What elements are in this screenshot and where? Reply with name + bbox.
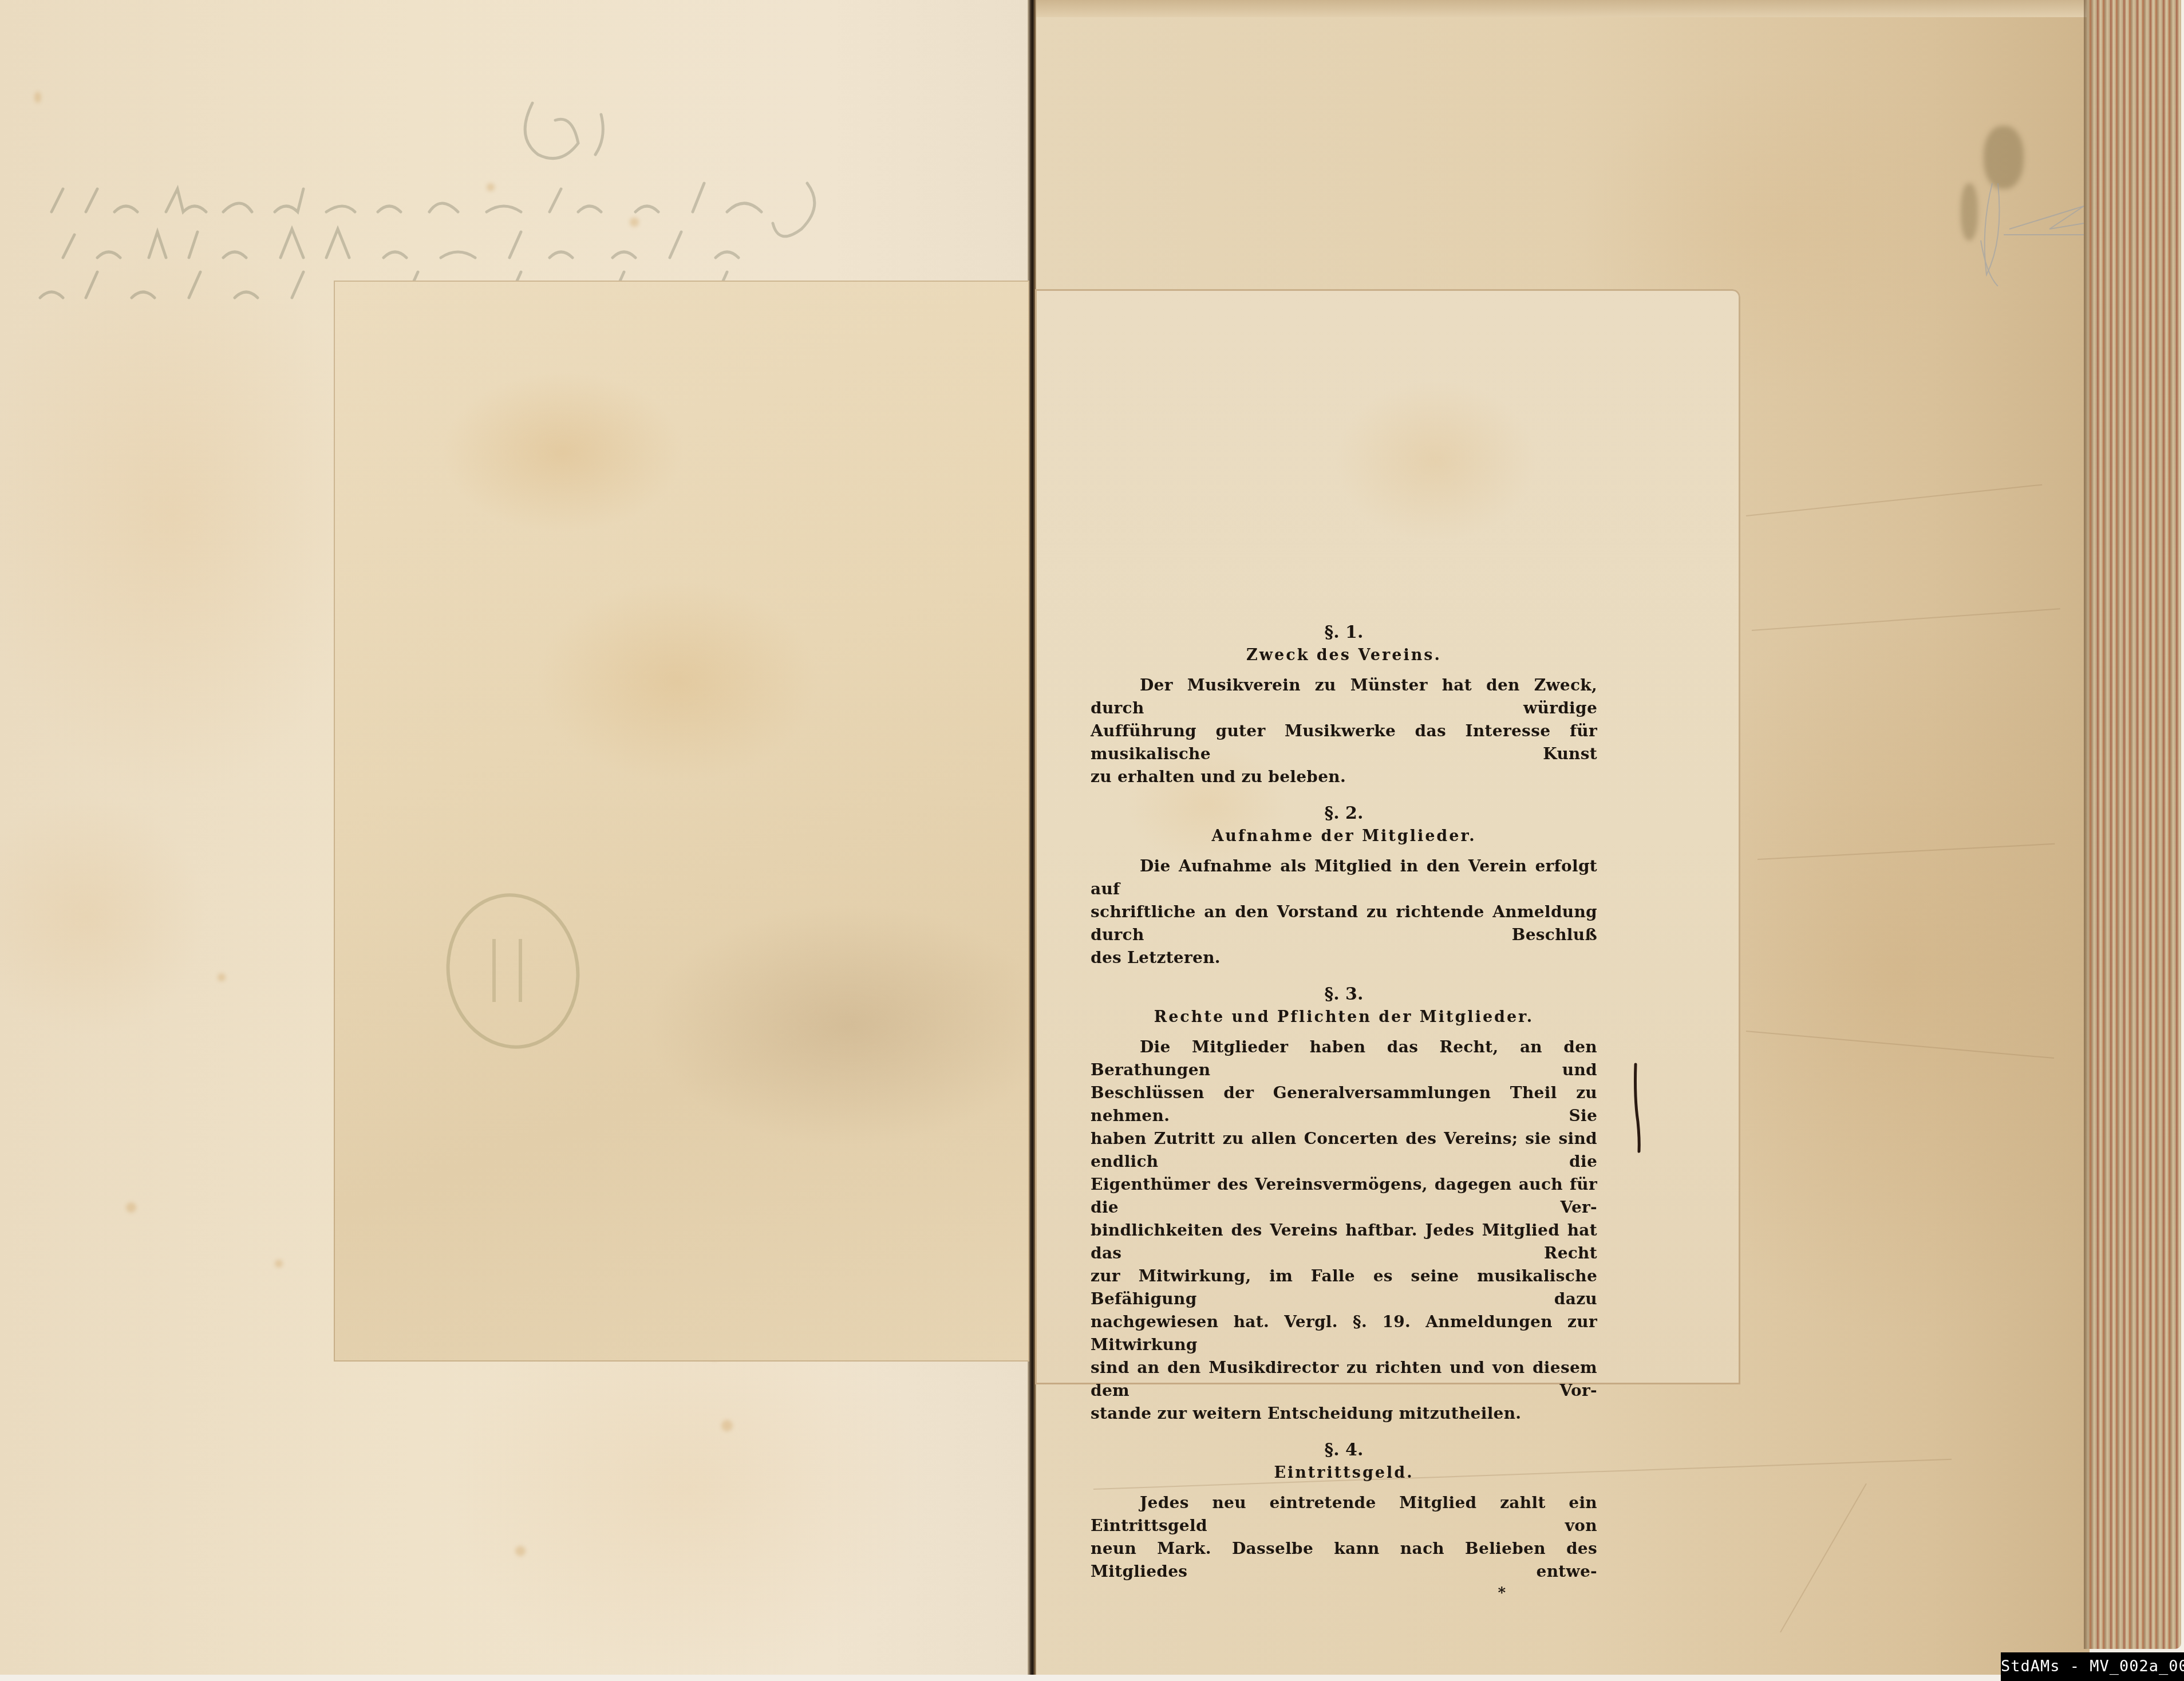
archive-reference-label: StdAMs - MV_002a_004 xyxy=(2001,1652,2184,1681)
section-title: Eintrittsgeld. xyxy=(1091,1462,1597,1485)
text-line: zu erhalten und zu beleben. xyxy=(1091,765,1597,788)
library-stamp-emblem xyxy=(492,939,522,1002)
section-title: Zweck des Vereins. xyxy=(1091,644,1597,667)
section-body: Die Aufnahme als Mitglied in den Verein … xyxy=(1091,855,1597,969)
text-line: neun Mark. Dasselbe kann nach Belieben d… xyxy=(1091,1537,1597,1583)
section-number: §. 4. xyxy=(1091,1439,1597,1462)
section-body: Jedes neu eintretende Mitglied zahlt ein… xyxy=(1091,1491,1597,1583)
fore-edge-shadow xyxy=(2084,0,2091,1649)
text-line: haben Zutritt zu allen Concerten des Ver… xyxy=(1091,1127,1597,1173)
pencil-sketch xyxy=(1958,172,2090,286)
section-number: §. 1. xyxy=(1091,621,1597,644)
section-number: §. 3. xyxy=(1091,983,1597,1006)
section-4: §. 4. Eintrittsgeld. Jedes neu eintreten… xyxy=(1091,1439,1597,1600)
text-line: stande zur weitern Entscheidung mitzuthe… xyxy=(1091,1402,1597,1425)
section-1: §. 1. Zweck des Vereins. Der Musikverein… xyxy=(1091,621,1597,788)
text-line: zur Mitwirkung, im Falle es seine musika… xyxy=(1091,1265,1597,1311)
section-title: Aufnahme der Mitglieder. xyxy=(1091,825,1597,848)
text-line: sind an den Musikdirector zu richten und… xyxy=(1091,1356,1597,1402)
section-body: Die Mitglieder haben das Recht, an den B… xyxy=(1091,1036,1597,1425)
text-line: Aufführung guter Musikwerke das Interess… xyxy=(1091,720,1597,765)
text-line: Beschlüssen der Generalversammlungen The… xyxy=(1091,1082,1597,1127)
text-line: Jedes neu eintretende Mitglied zahlt ein… xyxy=(1091,1491,1597,1537)
foxing-spot xyxy=(721,1420,733,1431)
section-2: §. 2. Aufnahme der Mitglieder. Die Aufna… xyxy=(1091,802,1597,969)
section-3: §. 3. Rechte und Pflichten der Mitgliede… xyxy=(1091,983,1597,1425)
foxing-spot xyxy=(515,1546,526,1556)
paper-crease xyxy=(1780,1483,1867,1633)
foxing-spot xyxy=(218,973,226,981)
paper-crease xyxy=(1746,1031,2054,1059)
signature-mark: * xyxy=(1091,1585,1597,1600)
handwriting-bleedthrough xyxy=(17,69,887,309)
text-line: Eigenthümer des Vereinsvermögens, dagege… xyxy=(1091,1173,1597,1219)
paper-crease xyxy=(1758,843,2055,860)
scan-background xyxy=(0,1675,2184,1681)
foxing-spot xyxy=(126,1202,136,1213)
paper-crease xyxy=(1752,608,2060,631)
text-line: des Letzteren. xyxy=(1091,946,1597,969)
text-line: Die Aufnahme als Mitglied in den Verein … xyxy=(1091,855,1597,901)
text-line: Die Mitglieder haben das Recht, an den B… xyxy=(1091,1036,1597,1082)
paper-crease xyxy=(1746,484,2042,516)
left-inserted-sheet xyxy=(334,281,1029,1362)
text-line: nachgewiesen hat. Vergl. §. 19. Anmeldun… xyxy=(1091,1311,1597,1356)
section-number: §. 2. xyxy=(1091,802,1597,825)
text-line: bindlichkeiten des Vereins haftbar. Jede… xyxy=(1091,1219,1597,1265)
margin-ink-mark xyxy=(1632,1062,1643,1154)
text-line: Der Musikverein zu Münster hat den Zweck… xyxy=(1091,674,1597,720)
book-fore-edge xyxy=(2087,0,2181,1649)
right-page-top-edge xyxy=(1036,0,2090,17)
statutes-text: §. 1. Zweck des Vereins. Der Musikverein… xyxy=(1091,621,1597,1600)
text-line: schriftliche an den Vorstand zu richtend… xyxy=(1091,901,1597,946)
foxing-spot xyxy=(275,1260,283,1268)
section-body: Der Musikverein zu Münster hat den Zweck… xyxy=(1091,674,1597,788)
section-title: Rechte und Pflichten der Mitglieder. xyxy=(1091,1006,1597,1029)
